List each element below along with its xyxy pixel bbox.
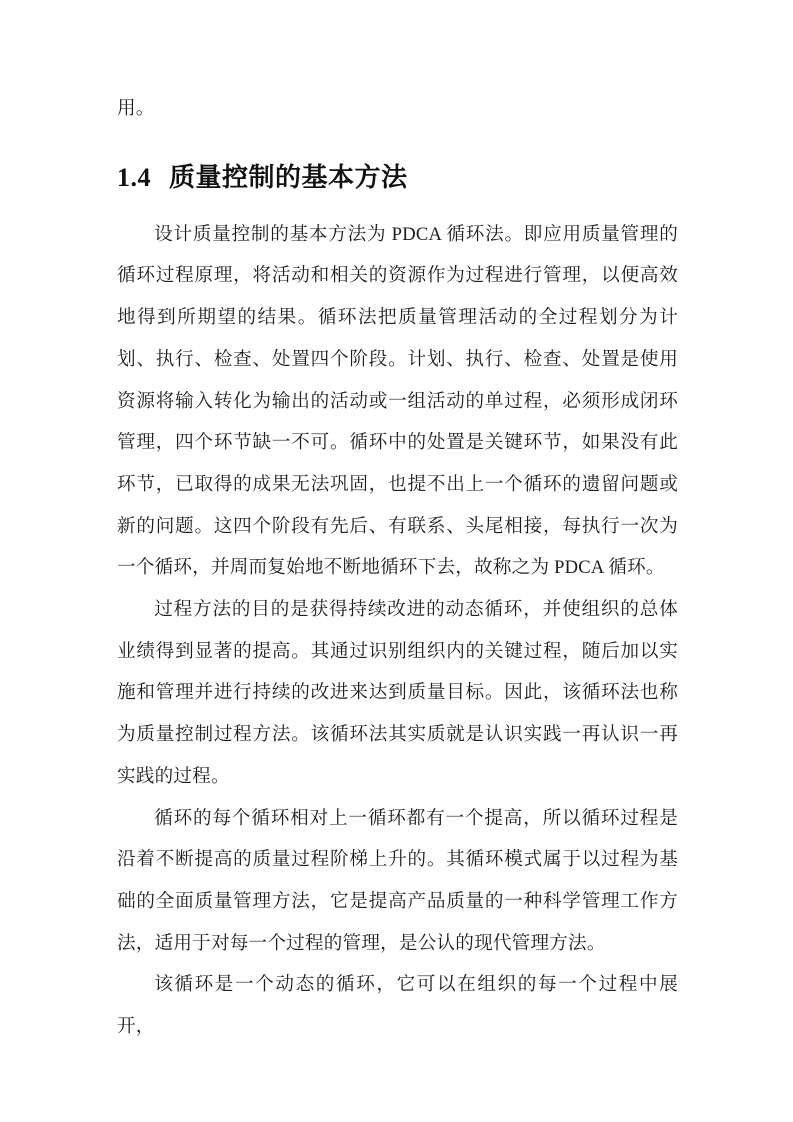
paragraph-dynamic-cycle: 该循环是一个动态的循环，它可以在组织的每一个过程中展开， <box>117 964 678 1047</box>
continuation-paragraph: 用。 <box>117 88 678 130</box>
paragraph-cycle-improvement: 循环的每个循环相对上一循环都有一个提高，所以循环过程是沿着不断提高的质量过程阶梯… <box>117 798 678 965</box>
section-heading: 1.4质量控制的基本方法 <box>117 160 678 196</box>
page-content: 用。 1.4质量控制的基本方法 设计质量控制的基本方法为 PDCA 循环法。即应… <box>117 0 678 1048</box>
paragraph-pdca-intro: 设计质量控制的基本方法为 PDCA 循环法。即应用质量管理的循环过程原理，将活动… <box>117 214 678 589</box>
paragraph-process-method-purpose: 过程方法的目的是获得持续改进的动态循环，并使组织的总体业绩得到显著的提高。其通过… <box>117 589 678 798</box>
document-page: 用。 1.4质量控制的基本方法 设计质量控制的基本方法为 PDCA 循环法。即应… <box>0 0 793 1122</box>
section-heading-title: 质量控制的基本方法 <box>169 163 408 192</box>
section-heading-number: 1.4 <box>117 163 151 192</box>
